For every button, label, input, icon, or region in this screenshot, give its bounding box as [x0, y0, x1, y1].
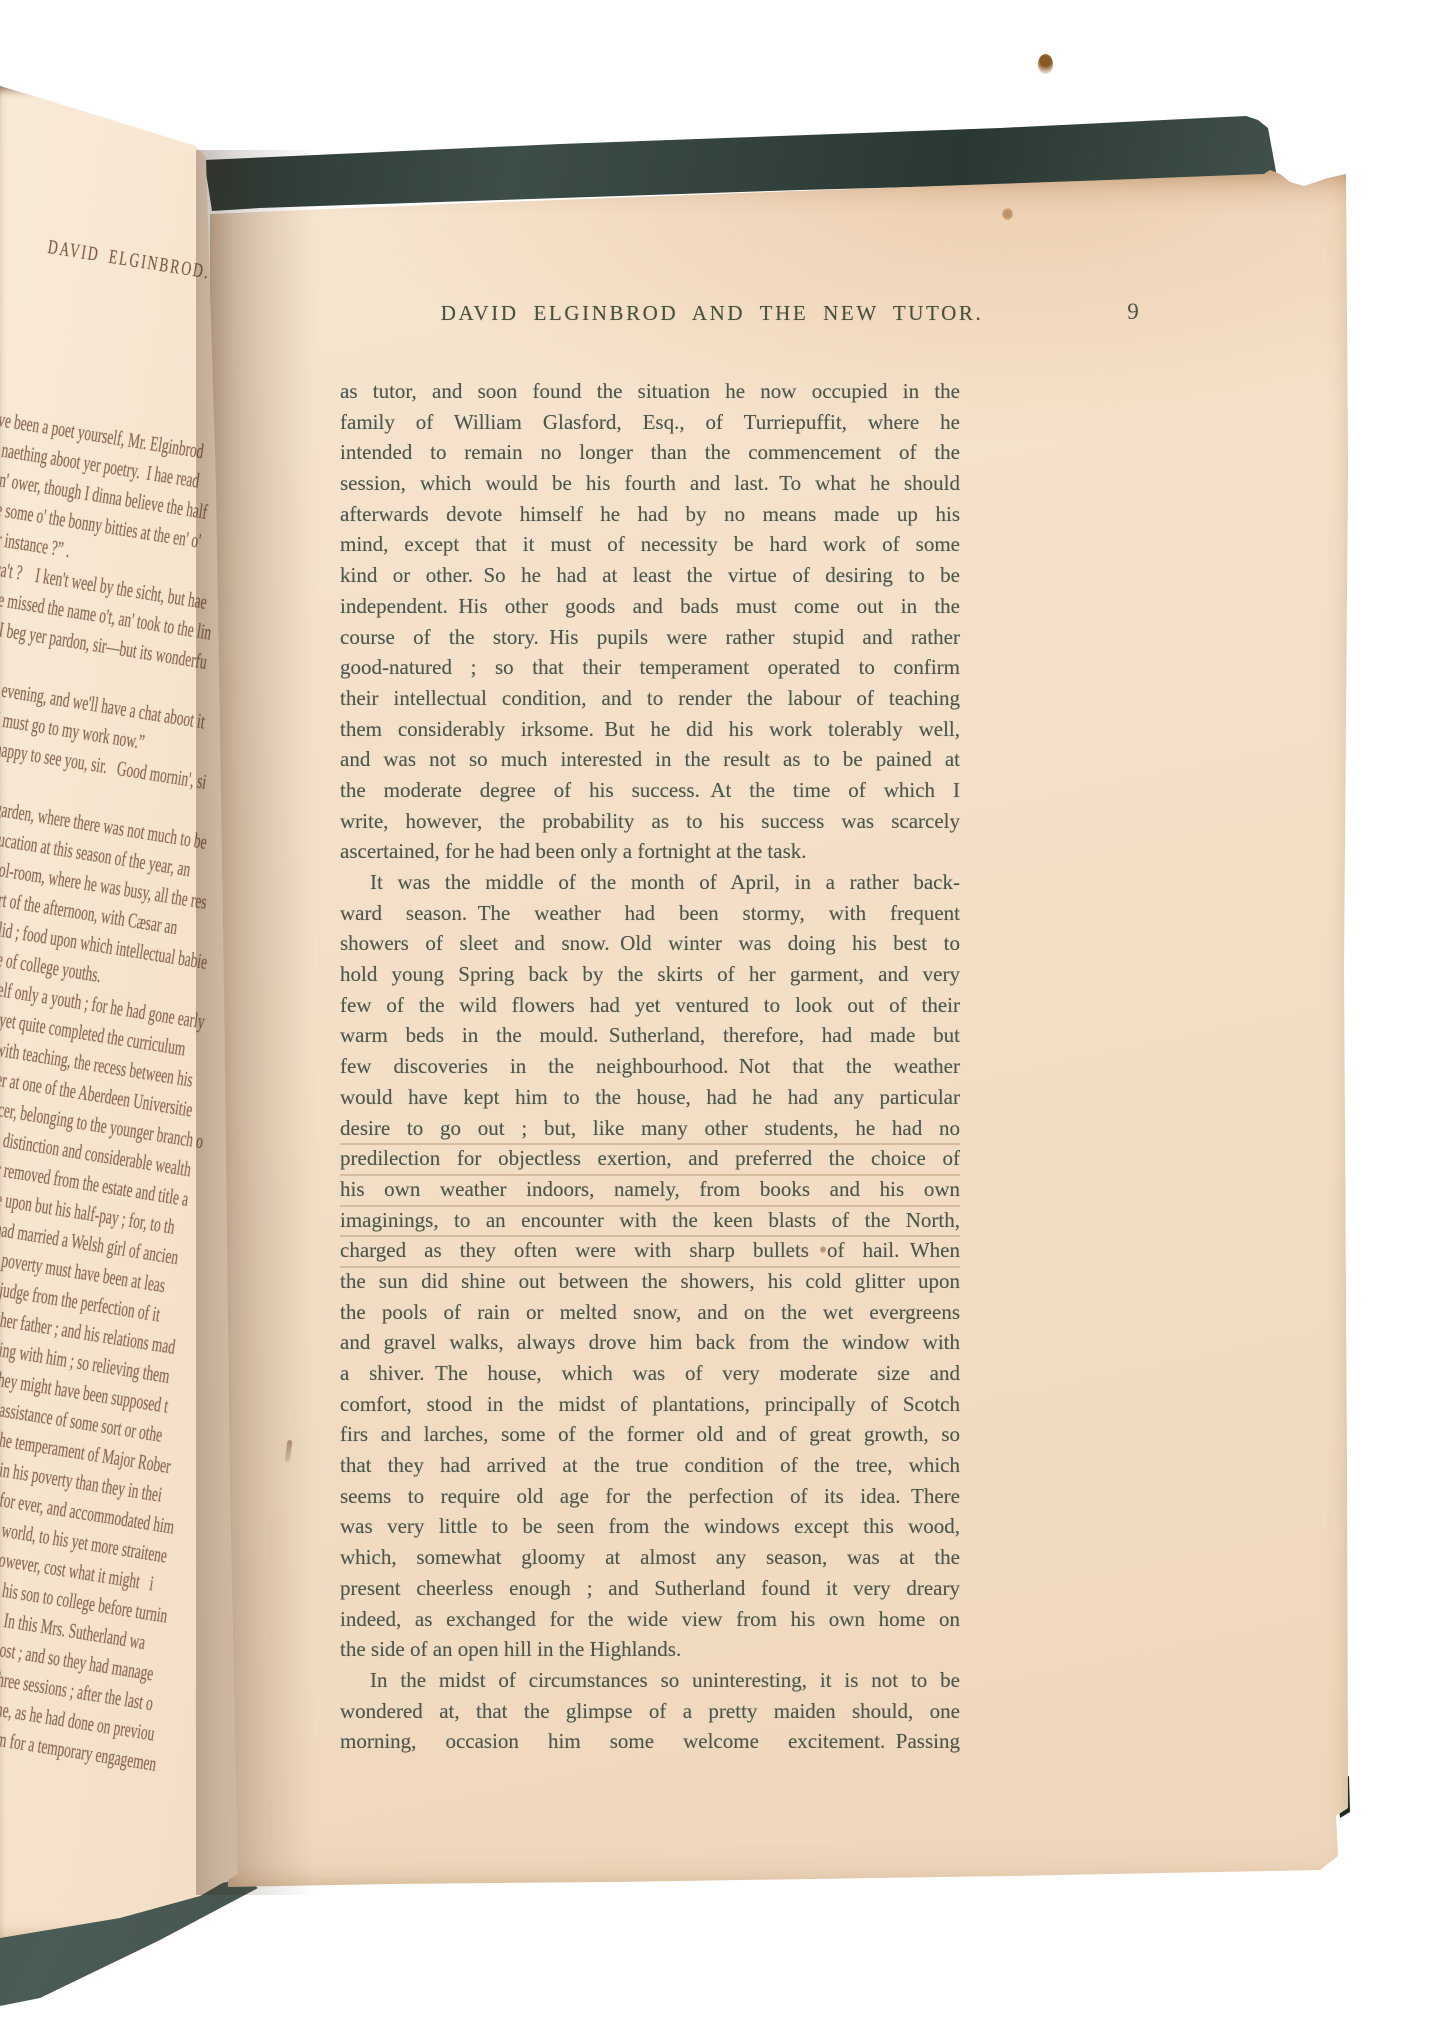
body-line: independent. His other goods and bads mu…	[340, 591, 960, 622]
body-line: would have kept him to the house, had he…	[340, 1082, 960, 1113]
body-line: the moderate degree of his success. At t…	[340, 775, 960, 806]
body-line: few discoveries in the neighbourhood. No…	[340, 1051, 960, 1082]
body-line: indeed, as exchanged for the wide view f…	[340, 1604, 960, 1635]
body-line: desire to go out ; but, like many other …	[340, 1113, 960, 1144]
body-line: afterwards devote himself he had by no m…	[340, 499, 960, 530]
body-line: and gravel walks, always drove him back …	[340, 1327, 960, 1358]
body-line: In the midst of circumstances so uninter…	[340, 1665, 960, 1696]
body-line: good-natured ; so that their temperament…	[340, 652, 960, 683]
body-line: morning, occasion him some welcome excit…	[340, 1726, 960, 1757]
body-line: present cheerless enough ; and Sutherlan…	[340, 1573, 960, 1604]
body-line: their intellectual condition, and to ren…	[340, 683, 960, 714]
body-line: predilection for objectless exertion, an…	[340, 1143, 960, 1174]
left-page-running-header: DAVID ELGINBROD.	[46, 236, 212, 284]
body-line: write, however, the probability as to hi…	[340, 806, 960, 837]
body-line: the pools of rain or melted snow, and on…	[340, 1297, 960, 1328]
body-line: was very little to be seen from the wind…	[340, 1511, 960, 1542]
running-header: DAVID ELGINBROD AND THE NEW TUTOR.	[402, 301, 1022, 326]
body-line: imaginings, to an encounter with the kee…	[340, 1205, 960, 1236]
body-line: ward season. The weather had been stormy…	[340, 898, 960, 929]
body-line: as tutor, and soon found the situation h…	[340, 376, 960, 407]
body-line: seems to require old age for the perfect…	[340, 1481, 960, 1512]
body-line: his own weather indoors, namely, from bo…	[340, 1174, 960, 1205]
body-line: hold young Spring back by the skirts of …	[340, 959, 960, 990]
body-text: as tutor, and soon found the situation h…	[340, 376, 960, 1757]
body-line: firs and larches, some of the former old…	[340, 1419, 960, 1450]
body-line: the sun did shine out between the shower…	[340, 1266, 960, 1297]
photo-of-open-book: { "photo": { "background_color": "#fffff…	[0, 0, 1445, 2023]
foxing-spot	[1038, 54, 1053, 74]
body-line: family of William Glasford, Esq., of Tur…	[340, 407, 960, 438]
body-line: ascertained, for he had been only a fort…	[340, 836, 960, 867]
body-line: warm beds in the mould. Sutherland, ther…	[340, 1020, 960, 1051]
body-line: the side of an open hill in the Highland…	[340, 1634, 960, 1665]
body-line: wondered at, that the glimpse of a prett…	[340, 1696, 960, 1727]
body-line: showers of sleet and snow. Old winter wa…	[340, 928, 960, 959]
body-line: few of the wild flowers had yet ventured…	[340, 990, 960, 1021]
body-line: It was the middle of the month of April,…	[340, 867, 960, 898]
body-line: them considerably irksome. But he did hi…	[340, 714, 960, 745]
right-page: DAVID ELGINBROD AND THE NEW TUTOR. 9 as …	[208, 168, 1350, 1888]
body-line: that they had arrived at the true condit…	[340, 1450, 960, 1481]
body-line: which, somewhat gloomy at almost any sea…	[340, 1542, 960, 1573]
body-line: and was not so much interested in the re…	[340, 744, 960, 775]
body-line: session, which would be his fourth and l…	[340, 468, 960, 499]
body-line: intended to remain no longer than the co…	[340, 437, 960, 468]
body-line: course of the story. His pupils were rat…	[340, 622, 960, 653]
body-line: comfort, stood in the midst of plantatio…	[340, 1389, 960, 1420]
body-line: kind or other. So he had at least the vi…	[340, 560, 960, 591]
body-line: a shiver. The house, which was of very m…	[340, 1358, 960, 1389]
body-line: mind, except that it must of necessity b…	[340, 529, 960, 560]
page-number: 9	[1113, 299, 1153, 325]
body-line: charged as they often were with sharp bu…	[340, 1235, 960, 1266]
